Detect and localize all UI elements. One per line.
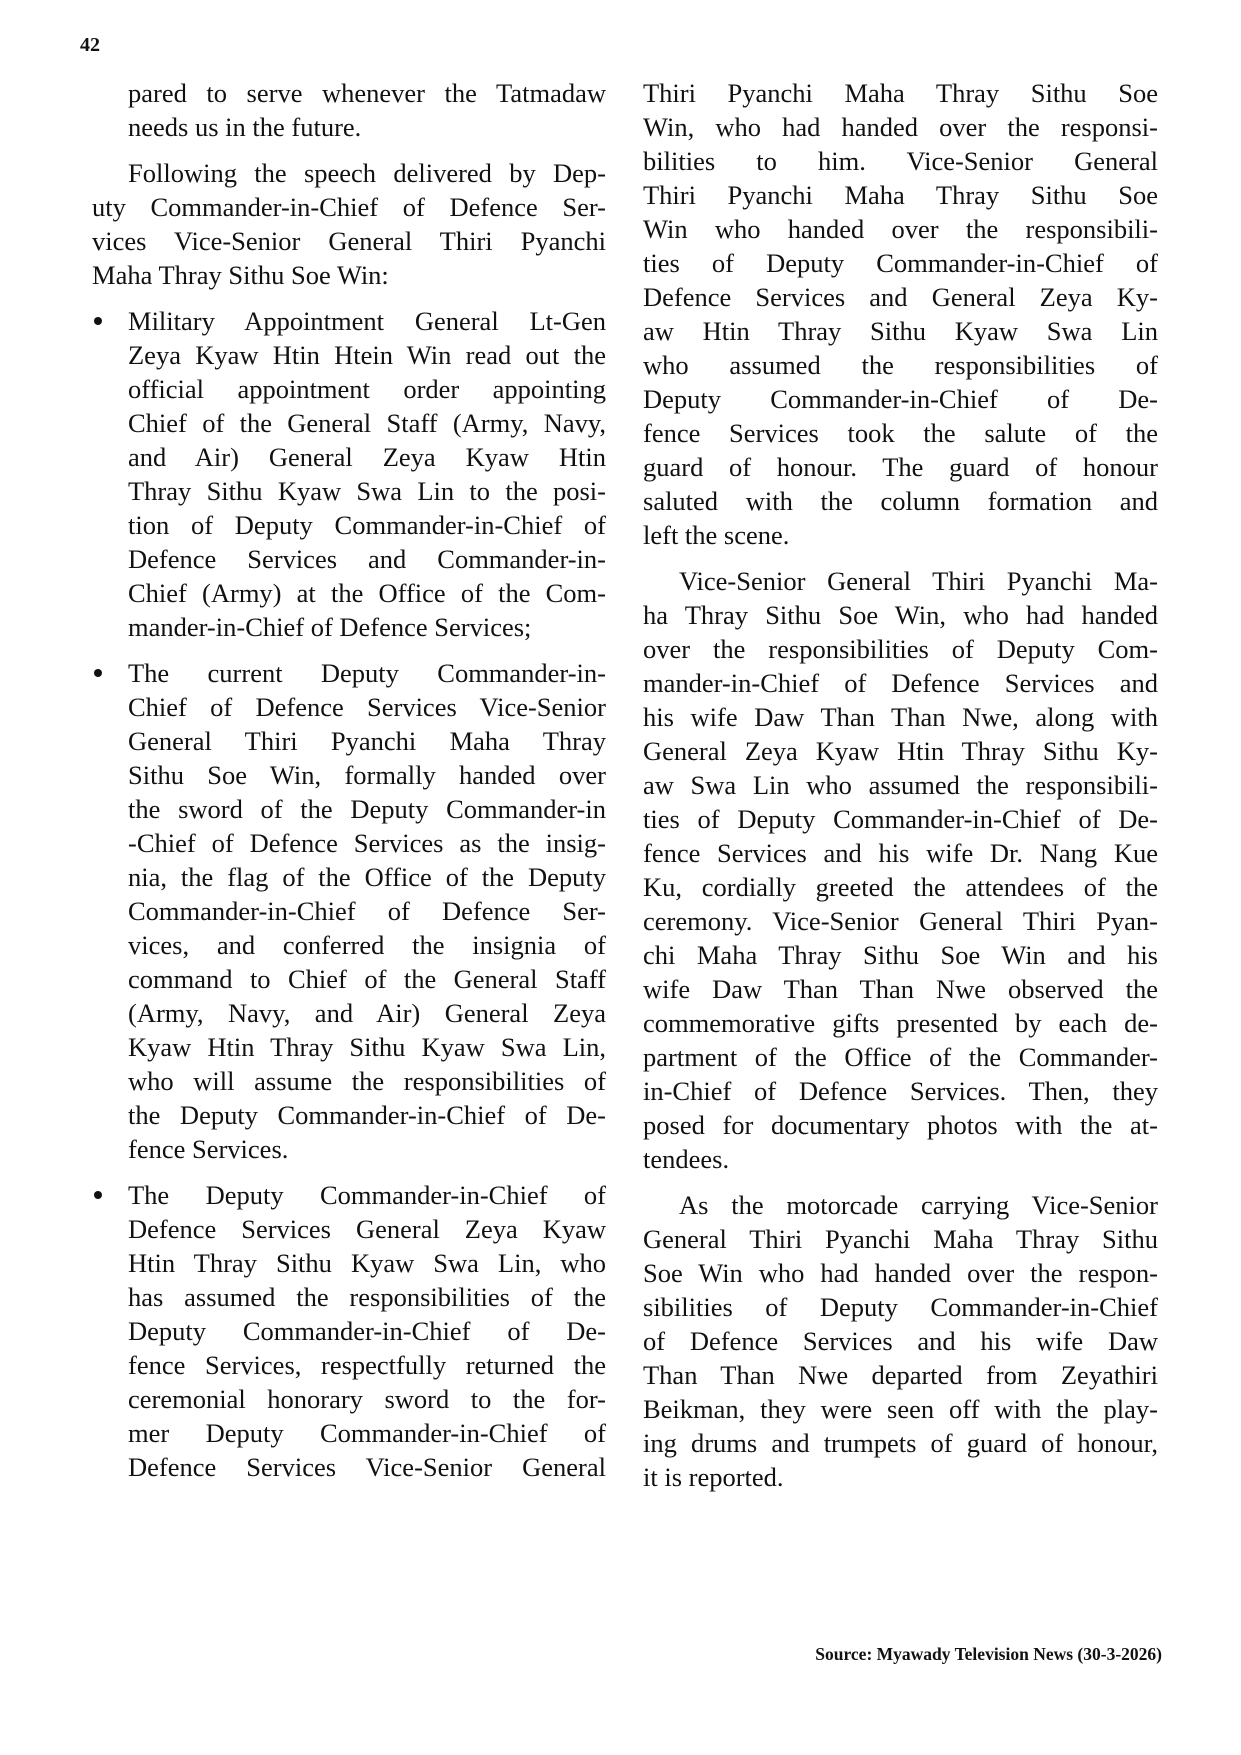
text-line: Soe Win who had handed over the respon-	[643, 1256, 1158, 1290]
bullet-icon	[92, 304, 128, 338]
text-line: Thiri Pyanchi Maha Thray Sithu Soe	[643, 178, 1158, 212]
text-line: (Army, Navy, and Air) General Zeya	[128, 996, 606, 1030]
text-line: over the responsibilities of Deputy Com-	[643, 632, 1158, 666]
text-line: General Thiri Pyanchi Maha Thray	[128, 724, 606, 758]
text-line: As the motorcade carrying Vice-Senior	[643, 1188, 1158, 1222]
text-line: Htin Thray Sithu Kyaw Swa Lin, who	[128, 1246, 606, 1280]
text-line: aw Swa Lin who assumed the responsibili-	[643, 768, 1158, 802]
text-line: Beikman, they were seen off with the pla…	[643, 1392, 1158, 1426]
text-line: fence Services and his wife Dr. Nang Kue	[643, 836, 1158, 870]
text-line: left the scene.	[643, 518, 1158, 552]
text-line: ties of Deputy Commander-in-Chief of	[643, 246, 1158, 280]
text-line: fence Services, respectfully returned th…	[128, 1348, 606, 1382]
text-line: Chief of the General Staff (Army, Navy,	[128, 406, 606, 440]
text-line: wife Daw Than Than Nwe observed the	[643, 972, 1158, 1006]
motorcade-paragraph: As the motorcade carrying Vice-Senior Ge…	[643, 1188, 1158, 1494]
text-line: mander-in-Chief of Defence Services and	[643, 666, 1158, 700]
source-credit: Source: Myawady Television News (30-3-20…	[815, 1644, 1162, 1665]
text-line: tendees.	[643, 1142, 1158, 1176]
text-line: pared to serve whenever the Tatmadaw	[128, 76, 606, 110]
text-line: his wife Daw Than Than Nwe, along with	[643, 700, 1158, 734]
intro-paragraph: Following the speech delivered by Dep- u…	[92, 156, 606, 292]
text-line: tion of Deputy Commander-in-Chief of	[128, 508, 606, 542]
text-line: needs us in the future.	[128, 110, 606, 144]
right-column: Thiri Pyanchi Maha Thray Sithu Soe Win, …	[643, 76, 1158, 1506]
text-line: and Air) General Zeya Kyaw Htin	[128, 440, 606, 474]
text-line: Chief (Army) at the Office of the Com-	[128, 576, 606, 610]
text-line: ties of Deputy Commander-in-Chief of De-	[643, 802, 1158, 836]
text-line: Win, who had handed over the responsi-	[643, 110, 1158, 144]
text-line: Thiri Pyanchi Maha Thray Sithu Soe	[643, 76, 1158, 110]
text-line: General Zeya Kyaw Htin Thray Sithu Ky-	[643, 734, 1158, 768]
text-line: Defence Services and Commander-in-	[128, 542, 606, 576]
text-line: Kyaw Htin Thray Sithu Kyaw Swa Lin,	[128, 1030, 606, 1064]
text-line: guard of honour. The guard of honour	[643, 450, 1158, 484]
text-line: chi Maha Thray Sithu Soe Win and his	[643, 938, 1158, 972]
text-line: ing drums and trumpets of guard of honou…	[643, 1426, 1158, 1460]
text-line: the sword of the Deputy Commander-in	[128, 792, 606, 826]
text-line: bilities to him. Vice-Senior General	[643, 144, 1158, 178]
text-line: Chief of Defence Services Vice-Senior	[128, 690, 606, 724]
bullet-item-sword-handover: The current Deputy Commander-in- Chief o…	[92, 656, 606, 1166]
text-line: mer Deputy Commander-in-Chief of	[128, 1416, 606, 1450]
text-line: Defence Services Vice-Senior General	[128, 1450, 606, 1484]
text-line: fence Services.	[128, 1132, 606, 1166]
text-line: partment of the Office of the Commander-	[643, 1040, 1158, 1074]
text-line: who will assume the responsibilities of	[128, 1064, 606, 1098]
text-line: command to Chief of the General Staff	[128, 962, 606, 996]
bullet-icon	[92, 1178, 128, 1212]
text-line: vices, and conferred the insignia of	[128, 928, 606, 962]
text-line: posed for documentary photos with the at…	[643, 1108, 1158, 1142]
text-line: The current Deputy Commander-in-	[128, 656, 606, 690]
text-line: ceremonial honorary sword to the for-	[128, 1382, 606, 1416]
text-line: saluted with the column formation and	[643, 484, 1158, 518]
text-line: Than Than Nwe departed from Zeyathiri	[643, 1358, 1158, 1392]
text-line: the Deputy Commander-in-Chief of De-	[128, 1098, 606, 1132]
text-line: who assumed the responsibilities of	[643, 348, 1158, 382]
text-line: Deputy Commander-in-Chief of De-	[128, 1314, 606, 1348]
text-line: -Chief of Defence Services as the insig-	[128, 826, 606, 860]
continuation-paragraph: pared to serve whenever the Tatmadaw nee…	[92, 76, 606, 144]
greeting-paragraph: Vice-Senior General Thiri Pyanchi Ma- ha…	[643, 564, 1158, 1176]
text-line: nia, the flag of the Office of the Deput…	[128, 860, 606, 894]
left-column: pared to serve whenever the Tatmadaw nee…	[92, 76, 606, 1496]
text-line: sibilities of Deputy Commander-in-Chief	[643, 1290, 1158, 1324]
text-line: mander-in-Chief of Defence Services;	[128, 610, 606, 644]
text-line: uty Commander-in-Chief of Defence Ser-	[92, 190, 606, 224]
text-line: Ku, cordially greeted the attendees of t…	[643, 870, 1158, 904]
text-line: The Deputy Commander-in-Chief of	[128, 1178, 606, 1212]
bullet-icon	[92, 656, 128, 690]
continuation-paragraph: Thiri Pyanchi Maha Thray Sithu Soe Win, …	[643, 76, 1158, 552]
text-line: ceremony. Vice-Senior General Thiri Pyan…	[643, 904, 1158, 938]
bullet-item-sword-return: The Deputy Commander-in-Chief of Defence…	[92, 1178, 606, 1484]
text-line: it is reported.	[643, 1460, 1158, 1494]
text-line: Maha Thray Sithu Soe Win:	[92, 258, 606, 292]
text-line: fence Services took the salute of the	[643, 416, 1158, 450]
text-line: Thray Sithu Kyaw Swa Lin to the posi-	[128, 474, 606, 508]
bullet-item-appointment-order: Military Appointment General Lt-Gen Zeya…	[92, 304, 606, 644]
text-line: Vice-Senior General Thiri Pyanchi Ma-	[643, 564, 1158, 598]
text-line: Sithu Soe Win, formally handed over	[128, 758, 606, 792]
text-line: in-Chief of Defence Services. Then, they	[643, 1074, 1158, 1108]
text-line: official appointment order appointing	[128, 372, 606, 406]
text-line: has assumed the responsibilities of the	[128, 1280, 606, 1314]
text-line: Zeya Kyaw Htin Htein Win read out the	[128, 338, 606, 372]
text-line: commemorative gifts presented by each de…	[643, 1006, 1158, 1040]
text-line: Military Appointment General Lt-Gen	[128, 304, 606, 338]
text-line: Defence Services General Zeya Kyaw	[128, 1212, 606, 1246]
text-line: vices Vice-Senior General Thiri Pyanchi	[92, 224, 606, 258]
page-number: 42	[80, 34, 100, 57]
text-line: Following the speech delivered by Dep-	[92, 156, 606, 190]
text-line: of Defence Services and his wife Daw	[643, 1324, 1158, 1358]
text-line: ha Thray Sithu Soe Win, who had handed	[643, 598, 1158, 632]
text-line: Win who handed over the responsibili-	[643, 212, 1158, 246]
text-line: General Thiri Pyanchi Maha Thray Sithu	[643, 1222, 1158, 1256]
text-line: aw Htin Thray Sithu Kyaw Swa Lin	[643, 314, 1158, 348]
text-line: Deputy Commander-in-Chief of De-	[643, 382, 1158, 416]
text-line: Commander-in-Chief of Defence Ser-	[128, 894, 606, 928]
text-line: Defence Services and General Zeya Ky-	[643, 280, 1158, 314]
